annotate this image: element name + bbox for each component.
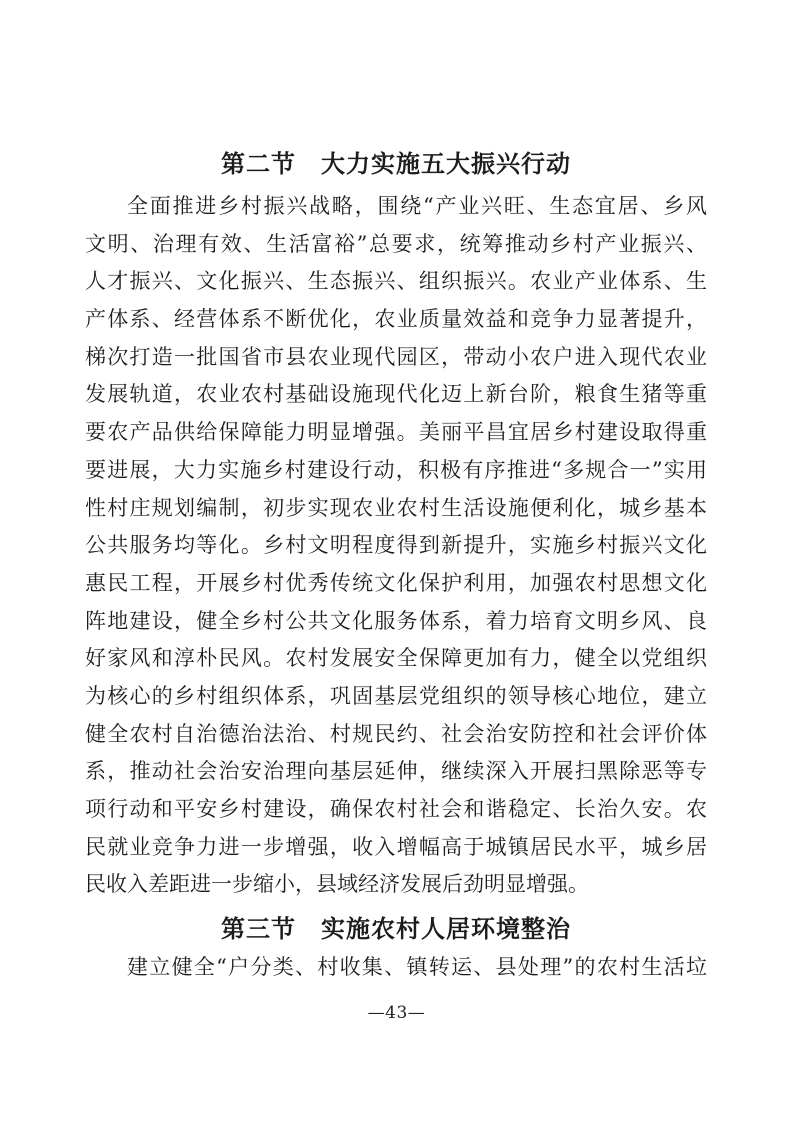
text-line: 人才振兴、文化振兴、生态振兴、组织振兴。农业产业体系、生 <box>85 263 707 301</box>
document-page: 第二节 大力实施五大振兴行动 全面推进乡村振兴战略，围绕“产业兴旺、生态宜居、乡… <box>0 0 793 1122</box>
text-line: 民收入差距进一步缩小，县域经济发展后劲明显增强。 <box>85 866 707 904</box>
text-line: 建立健全“户分类、村收集、镇转运、县处理”的农村生活垃 <box>85 949 707 987</box>
text-line: 民就业竞争力进一步增强，收入增幅高于城镇居民水平，城乡居 <box>85 829 707 867</box>
section-heading-3: 第三节 实施农村人居环境整治 <box>85 909 707 949</box>
text-line: 系，推动社会治安治理向基层延伸，继续深入开展扫黑除恶等专 <box>85 753 707 791</box>
text-line: 阵地建设，健全乡村公共文化服务体系，着力培育文明乡风、良 <box>85 603 707 641</box>
text-line: 文明、治理有效、生活富裕”总要求，统筹推动乡村产业振兴、 <box>85 226 707 264</box>
text-line: 要进展，大力实施乡村建设行动，积极有序推进“多规合一”实用 <box>85 452 707 490</box>
text-line: 惠民工程，开展乡村优秀传统文化保护利用，加强农村思想文化 <box>85 565 707 603</box>
text-line: 项行动和平安乡村建设，确保农村社会和谐稳定、长治久安。农 <box>85 791 707 829</box>
text-line: 发展轨道，农业农村基础设施现代化迈上新台阶，粮食生猪等重 <box>85 376 707 414</box>
page-number: —43— <box>0 1003 793 1023</box>
text-line: 要农产品供给保障能力明显增强。美丽平昌宜居乡村建设取得重 <box>85 414 707 452</box>
text-line: 性村庄规划编制，初步实现农业农村生活设施便利化，城乡基本 <box>85 490 707 528</box>
text-line: 梯次打造一批国省市县农业现代园区，带动小农户进入现代农业 <box>85 339 707 377</box>
text-line: 全面推进乡村振兴战略，围绕“产业兴旺、生态宜居、乡风 <box>85 188 707 226</box>
text-line: 公共服务均等化。乡村文明程度得到新提升，实施乡村振兴文化 <box>85 527 707 565</box>
text-line: 健全农村自治德治法治、村规民约、社会治安防控和社会评价体 <box>85 716 707 754</box>
section-heading-2: 第二节 大力实施五大振兴行动 <box>85 144 707 188</box>
text-line: 为核心的乡村组织体系，巩固基层党组织的领导核心地位，建立 <box>85 678 707 716</box>
text-line: 好家风和淳朴民风。农村发展安全保障更加有力，健全以党组织 <box>85 640 707 678</box>
page-content: 第二节 大力实施五大振兴行动 全面推进乡村振兴战略，围绕“产业兴旺、生态宜居、乡… <box>85 144 707 987</box>
text-line: 产体系、经营体系不断优化，农业质量效益和竞争力显著提升， <box>85 301 707 339</box>
